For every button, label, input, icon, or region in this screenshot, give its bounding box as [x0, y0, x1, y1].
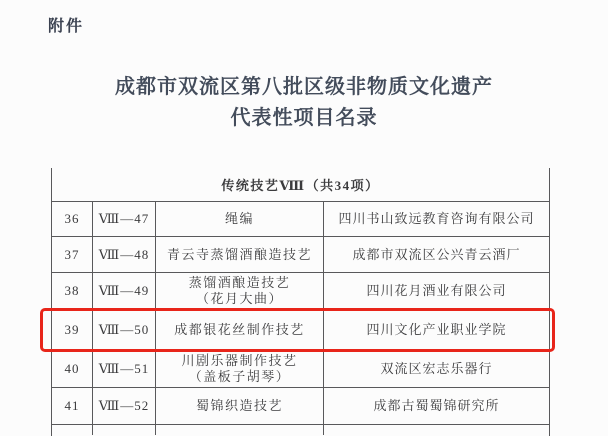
- project-cell: 成都银花丝制作技艺: [156, 310, 324, 350]
- table-row-highlighted: 39 Ⅷ—50 成都银花丝制作技艺 四川文化产业职业学院: [52, 310, 549, 351]
- table-row: 36 Ⅷ—47 绳编 四川书山致远教育咨询有限公司: [52, 202, 549, 237]
- project-cell: 蜀锦织造技艺: [156, 388, 324, 424]
- code-cell: Ⅷ—52: [93, 388, 156, 424]
- code-cell: Ⅷ—47: [93, 202, 156, 236]
- code-cell: Ⅷ—50: [93, 310, 156, 350]
- heritage-table: 传统技艺Ⅷ（共34项） 36 Ⅷ—47 绳编 四川书山致远教育咨询有限公司 37…: [51, 168, 550, 436]
- serial-cell: 36: [52, 202, 93, 236]
- page-title-line-2: 代表性项目名录: [0, 103, 608, 134]
- table-row: 40 Ⅷ—51 川剧乐器制作技艺 （盖板子胡琴） 双流区宏志乐器行: [52, 351, 549, 388]
- project-cell: 青云寺蒸馏酒酿造技艺: [156, 237, 324, 272]
- org-cell: 双流区宏志乐器行: [324, 351, 549, 387]
- code-cell: Ⅷ—51: [93, 351, 156, 387]
- attachment-label: 附件: [48, 13, 84, 36]
- serial-cell: 38: [52, 273, 93, 309]
- project-cell: 川剧乐器制作技艺 （盖板子胡琴）: [156, 351, 324, 387]
- page-title-line-1: 成都市双流区第八批区级非物质文化遗产: [0, 72, 608, 103]
- serial-cell: 41: [52, 388, 93, 424]
- serial-cell: 37: [52, 237, 93, 272]
- org-cell: 成都市双流区公兴青云酒厂: [324, 237, 549, 272]
- table-row: 37 Ⅷ—48 青云寺蒸馏酒酿造技艺 成都市双流区公兴青云酒厂: [52, 237, 549, 273]
- table-row: 41 Ⅷ—52 蜀锦织造技艺 成都古蜀蜀锦研究所: [52, 388, 549, 425]
- code-cell: Ⅷ—48: [93, 237, 156, 272]
- table-row: 38 Ⅷ—49 蒸馏酒酿造技艺 （花月大曲） 四川花月酒业有限公司: [52, 273, 549, 310]
- org-cell: 四川书山致远教育咨询有限公司: [324, 202, 549, 236]
- table-section-header: 传统技艺Ⅷ（共34项）: [52, 168, 549, 202]
- section-header-label: 传统技艺Ⅷ（共34项）: [221, 175, 379, 194]
- org-cell: 成都古蜀蜀锦研究所: [324, 388, 549, 424]
- org-cell: 四川花月酒业有限公司: [324, 273, 549, 309]
- project-cell: 蒸馏酒酿造技艺 （花月大曲）: [156, 273, 324, 309]
- org-cell: 四川文化产业职业学院: [324, 310, 549, 350]
- project-cell: 绳编: [156, 202, 324, 236]
- table-partial-row: [52, 425, 549, 435]
- code-cell: Ⅷ—49: [93, 273, 156, 309]
- page-title: 成都市双流区第八批区级非物质文化遗产 代表性项目名录: [0, 72, 608, 134]
- serial-cell: 39: [52, 310, 93, 350]
- serial-cell: 40: [52, 351, 93, 387]
